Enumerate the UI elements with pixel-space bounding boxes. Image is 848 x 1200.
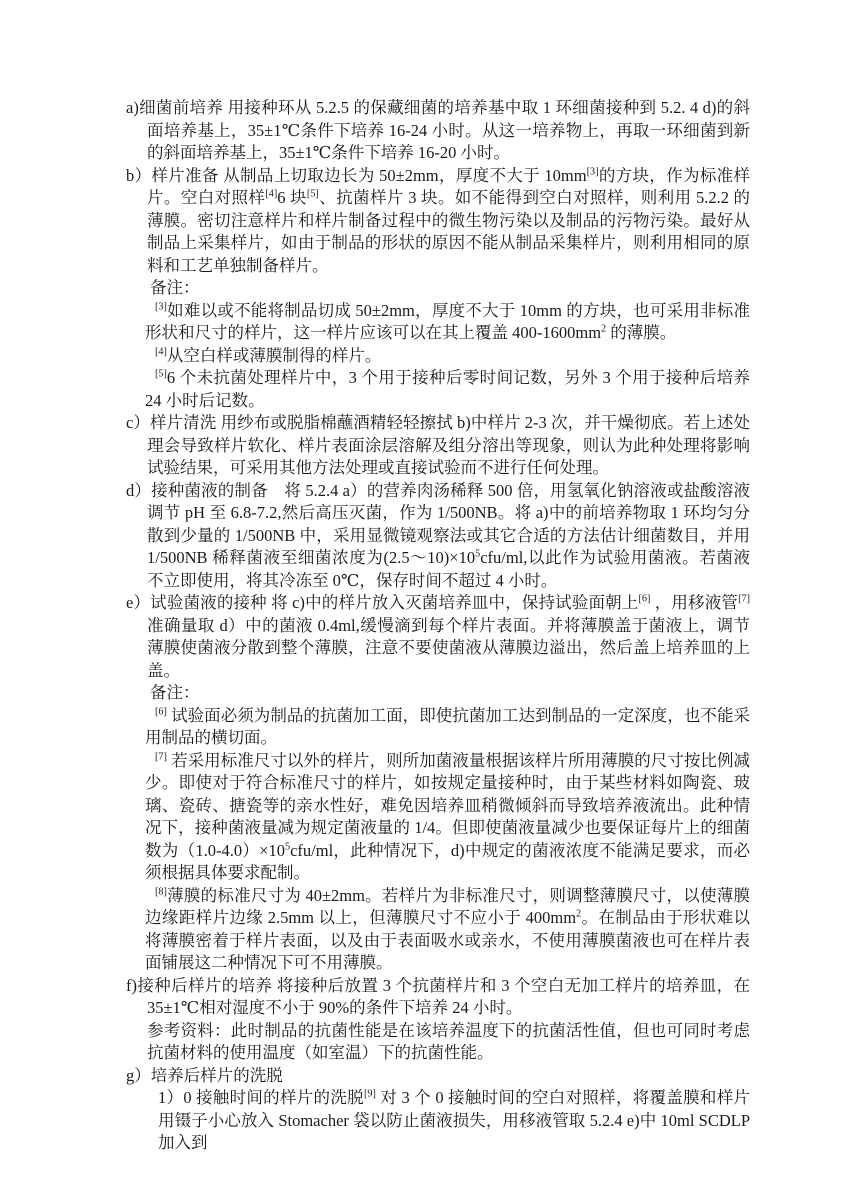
text-run: c）样片清洗 用纱布或脱脂棉蘸酒精轻轻擦拭 b)中样片 2-3 次，并干燥彻底。…: [126, 413, 750, 477]
paragraph-footnote: [6] 试验面必须为制品的抗菌加工面，即使抗菌加工达到制品的一定深度，也不能采用…: [145, 705, 750, 750]
text-run: 的薄膜。: [606, 323, 676, 342]
paragraph-footnote: [8]薄膜的标准尺寸为 40±2mm。若样片为非标准尺寸，则调整薄膜尺寸，以使薄…: [145, 885, 750, 975]
text-run: 6 块: [277, 188, 307, 207]
text-run: e）试验菌液的接种 将 c)中的样片放入灭菌培养皿中，保持试验面朝上: [126, 593, 639, 612]
footnote-ref: [4]: [155, 346, 167, 357]
paragraph-item: b）样片准备 从制品上切取边长为 50±2mm，厚度不大于 10mm[3]的方块…: [126, 165, 750, 278]
paragraph-note-label: 备注：: [150, 682, 750, 705]
text-run: b）样片准备 从制品上切取边长为 50±2mm，厚度不大于 10mm: [126, 166, 587, 185]
text-run: 从空白样或薄膜制得的样片。: [167, 346, 382, 365]
text-run: a)细菌前培养 用接种环从 5.2.5 的保藏细菌的培养基中取 1 环细菌接种到…: [126, 98, 750, 162]
footnote-ref: [8]: [155, 886, 167, 897]
paragraph-note-label: 备注：: [150, 277, 750, 300]
text-run: 备注：: [150, 278, 200, 297]
footnote-ref: [3]: [155, 301, 167, 312]
footnote-ref: [5]: [155, 369, 167, 380]
paragraph-ref: 参考资料：此时制品的抗菌性能是在该培养温度下的抗菌活性值，但也可同时考虑抗菌材料…: [147, 1020, 750, 1065]
footnote-ref: [3]: [587, 166, 599, 177]
text-run: 准确量取 d）中的菌液 0.4ml,缓慢滴到每个样片表面。并将薄膜盖于菌液上，调…: [147, 616, 750, 680]
text-run: f)接种后样片的培养 将接种后放置 3 个抗菌样片和 3 个空白无加工样片的培养…: [126, 976, 750, 1018]
paragraph-subitem: 1）0 接触时间的样片的洗脱[9] 对 3 个 0 接触时间的空白对照样，将覆盖…: [158, 1087, 750, 1155]
paragraph-footnote: [7] 若采用标准尺寸以外的样片，则所加菌液量根据该样片所用薄膜的尺寸按比例减少…: [145, 750, 750, 885]
footnote-ref: [7]: [155, 751, 167, 762]
text-run: 备注：: [150, 683, 200, 702]
paragraph-item: c）样片清洗 用纱布或脱脂棉蘸酒精轻轻擦拭 b)中样片 2-3 次，并干燥彻底。…: [126, 412, 750, 480]
text-run: 6 个未抗菌处理样片中，3 个用于接种后零时间记数，另外 3 个用于接种后培养 …: [145, 368, 750, 410]
footnote-ref: [6]: [639, 594, 651, 605]
footnote-ref: [9]: [364, 1089, 376, 1100]
paragraph-item: e）试验菌液的接种 将 c)中的样片放入灭菌培养皿中，保持试验面朝上[6] ，用…: [126, 592, 750, 682]
paragraph-footnote: [4]从空白样或薄膜制得的样片。: [145, 345, 750, 368]
paragraph-footnote: [5]6 个未抗菌处理样片中，3 个用于接种后零时间记数，另外 3 个用于接种后…: [145, 367, 750, 412]
paragraph-footnote: [3]如难以或不能将制品切成 50±2mm，厚度不大于 10mm 的方块，也可采…: [145, 300, 750, 345]
text-run: 参考资料：此时制品的抗菌性能是在该培养温度下的抗菌活性值，但也可同时考虑抗菌材料…: [147, 1021, 750, 1063]
paragraph-item: a)细菌前培养 用接种环从 5.2.5 的保藏细菌的培养基中取 1 环细菌接种到…: [126, 97, 750, 165]
document-page: a)细菌前培养 用接种环从 5.2.5 的保藏细菌的培养基中取 1 环细菌接种到…: [0, 0, 848, 1200]
document-body: a)细菌前培养 用接种环从 5.2.5 的保藏细菌的培养基中取 1 环细菌接种到…: [126, 97, 750, 1155]
text-run: ，用移液管: [650, 593, 738, 612]
footnote-ref: [6]: [155, 706, 167, 717]
paragraph-item: g）培养后样片的洗脱: [126, 1065, 750, 1088]
footnote-ref: [5]: [307, 189, 319, 200]
paragraph-item: d）接种菌液的制备 将 5.2.4 a）的营养肉汤稀释 500 倍，用氢氧化钠溶…: [126, 480, 750, 593]
footnote-ref: [4]: [265, 189, 277, 200]
text-run: g）培养后样片的洗脱: [126, 1066, 283, 1085]
text-run: 1）0 接触时间的样片的洗脱: [158, 1088, 364, 1107]
footnote-ref: [7]: [738, 594, 750, 605]
paragraph-item: f)接种后样片的培养 将接种后放置 3 个抗菌样片和 3 个空白无加工样片的培养…: [126, 975, 750, 1020]
text-run: 试验面必须为制品的抗菌加工面，即使抗菌加工达到制品的一定深度，也不能采用制品的横…: [145, 706, 750, 748]
